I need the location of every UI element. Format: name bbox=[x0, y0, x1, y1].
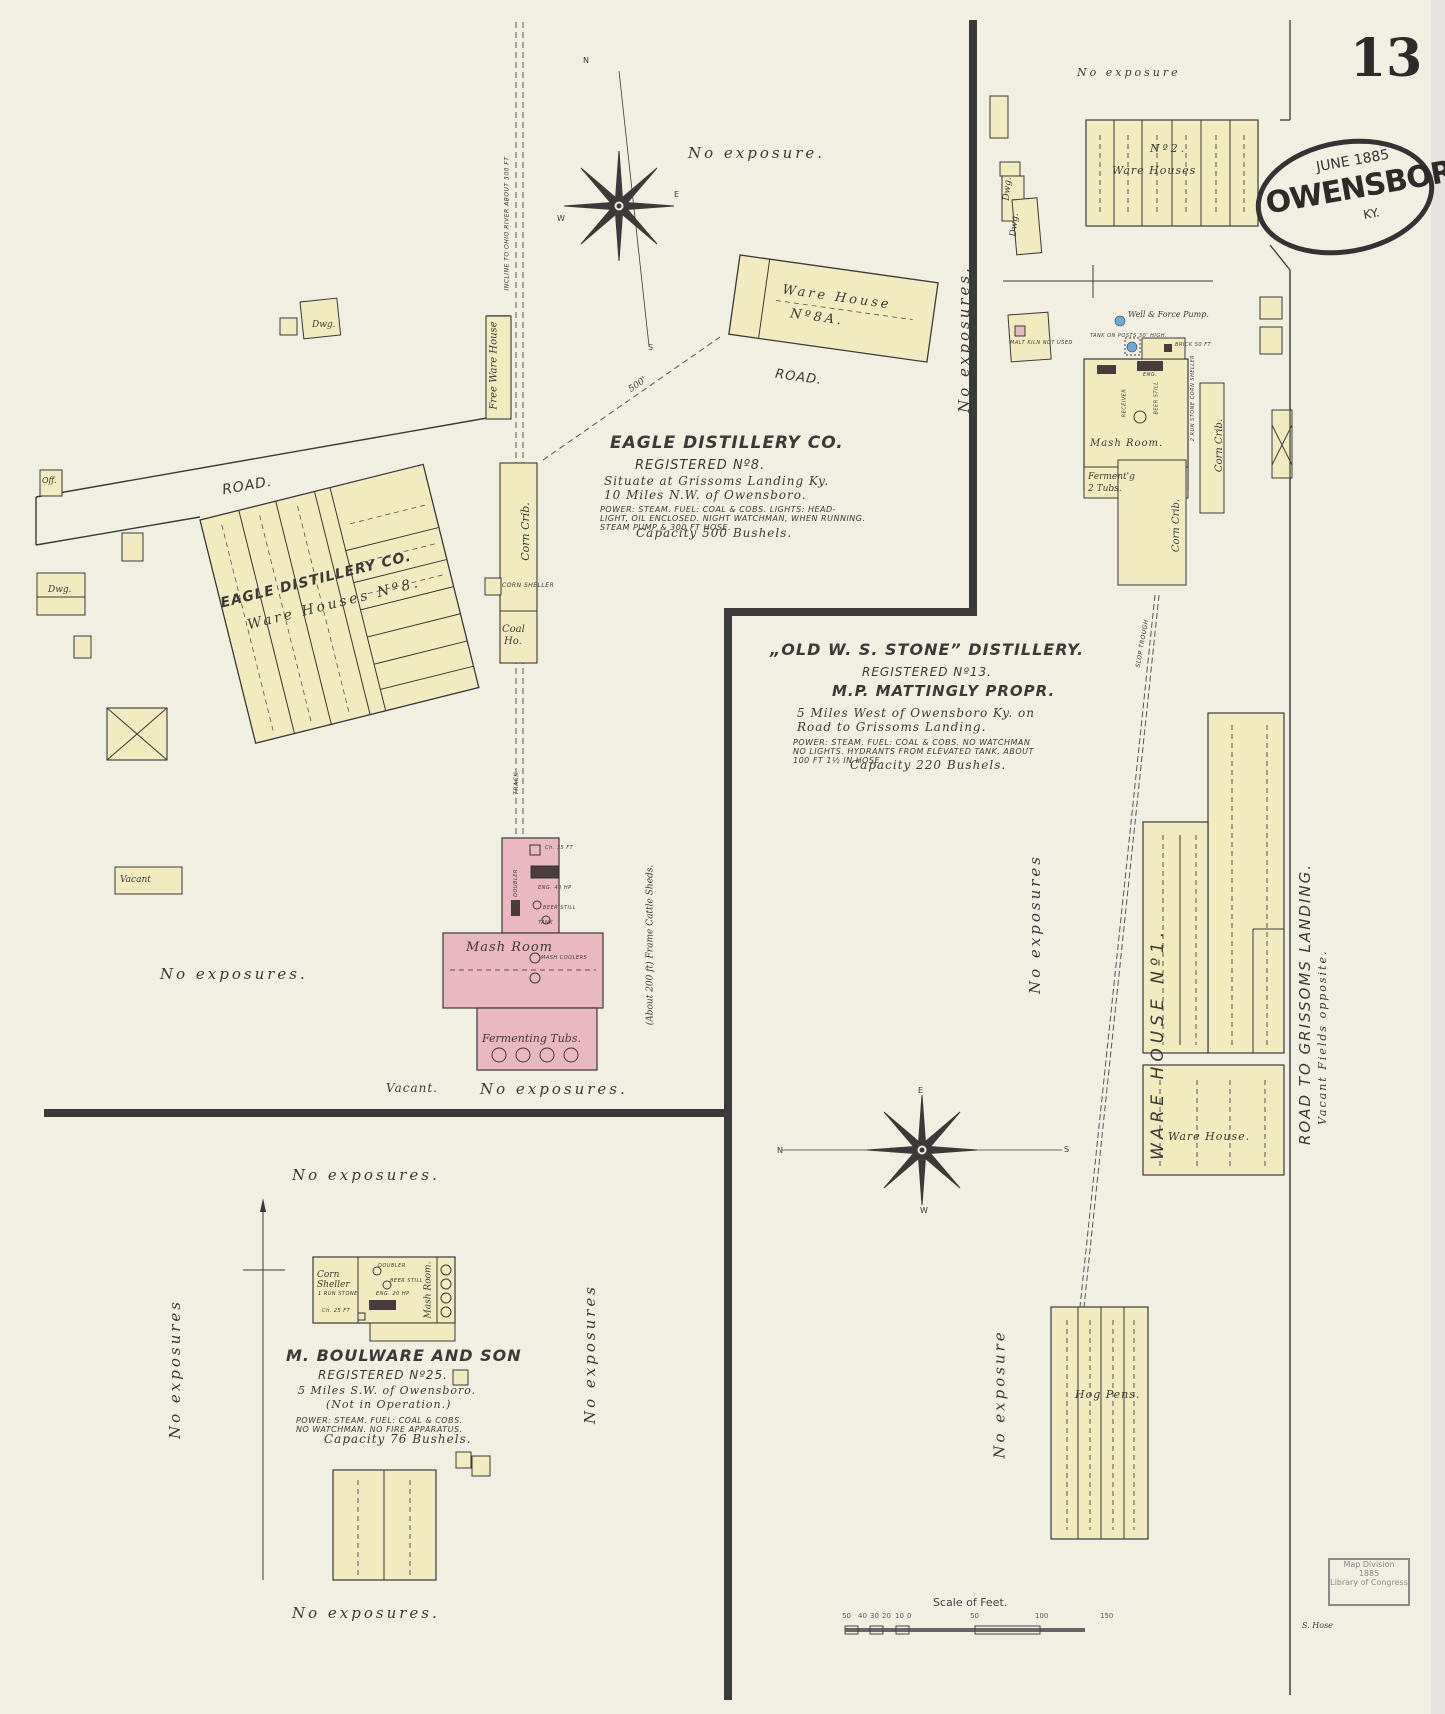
boulware-chimney: Ch. 25 FT bbox=[322, 1308, 350, 1314]
boulware-status: (Not in Operation.) bbox=[326, 1398, 451, 1411]
scale-tick: 100 bbox=[1035, 1612, 1048, 1620]
track-label: TRACK bbox=[513, 772, 520, 795]
scale-tick: 10 bbox=[895, 1612, 904, 1620]
malt-kiln-label: MALT KILN NOT USED bbox=[1010, 340, 1073, 346]
stone-dwelling-1: Dwg. bbox=[1009, 213, 1021, 237]
stone-receiver: RECEIVER bbox=[1121, 389, 1127, 418]
archive-stamp-line3: Library of Congress bbox=[1330, 1578, 1408, 1587]
scale-tick: 20 bbox=[882, 1612, 891, 1620]
boulware-beer-still: BEER STILL bbox=[390, 1278, 423, 1284]
stone-power-1: POWER: STEAM. FUEL: COAL & COBS. NO WATC… bbox=[793, 738, 1030, 747]
eagle-power-2: LIGHT, OIL ENCLOSED. NIGHT WATCHMAN, WHE… bbox=[600, 514, 866, 523]
stone-sheller: 2 RUN STONE CORN SHELLER bbox=[1190, 355, 1196, 441]
eagle-tank: TANK bbox=[538, 920, 553, 926]
eagle-engine: ENG. 40 HP bbox=[538, 885, 572, 891]
eagle-chimney: Ch. 35 FT bbox=[545, 845, 573, 851]
road-grissoms-label: ROAD TO GRISSOMS LANDING. bbox=[1296, 863, 1314, 1145]
stone-dwelling-2: Dwg. bbox=[1002, 177, 1014, 201]
boulware-location: 5 Miles S.W. of Owensboro. bbox=[298, 1384, 476, 1397]
boulware-engine: ENG. 20 HP bbox=[376, 1291, 410, 1297]
hog-pens-label: Hog Pens. bbox=[1075, 1388, 1140, 1401]
eagle-location-1: Situate at Grissoms Landing Ky. bbox=[604, 474, 829, 488]
note-vacant-box: Vacant bbox=[120, 875, 151, 885]
stone-power-2: NO LIGHTS. HYDRANTS FROM ELEVATED TANK. … bbox=[793, 747, 1034, 756]
corn-crib-label: Corn Crib. bbox=[519, 502, 532, 561]
surveyor-signature: S. Hose bbox=[1302, 1621, 1333, 1630]
stone-engine: ENG. bbox=[1143, 372, 1157, 378]
eagle-registered: REGISTERED Nº8. bbox=[635, 458, 765, 473]
note-no-exposures-stone: No exposures bbox=[1026, 854, 1044, 994]
archive-stamp-line2: 1885 bbox=[1330, 1569, 1408, 1578]
compass-top-e: E bbox=[674, 190, 680, 199]
note-dwg-top: Dwg. bbox=[312, 320, 336, 330]
note-no-exposure-eagle: No exposure. bbox=[688, 144, 825, 162]
library-of-congress-stamp: Map Division 1885 Library of Congress bbox=[1328, 1558, 1410, 1606]
stone-warehouses-label: Ware Houses bbox=[1112, 164, 1196, 177]
note-no-exposures-divider: No exposures. bbox=[955, 265, 973, 413]
tank-on-posts: TANK ON POSTS 30' HIGH. bbox=[1090, 333, 1167, 339]
stone-mash-room: Mash Room. bbox=[1090, 438, 1163, 449]
cattle-sheds-note: (About 200 ft) Frame Cattle Sheds. bbox=[645, 865, 655, 1026]
eagle-fermenting-tubs: Fermenting Tubs. bbox=[482, 1032, 581, 1045]
stone-chimney: BRICK 50 FT bbox=[1175, 342, 1211, 348]
stone-location-1: 5 Miles West of Owensboro Ky. on bbox=[797, 706, 1035, 720]
stone-registered: REGISTERED Nº13. bbox=[862, 665, 992, 679]
note-vacant: Vacant. bbox=[386, 1081, 438, 1095]
boulware-stone: 1 RUN STONE bbox=[318, 1291, 358, 1297]
note-office: Off. bbox=[42, 476, 57, 485]
coal-house-line1: Coal bbox=[502, 624, 525, 635]
eagle-mash-room: Mash Room bbox=[466, 940, 553, 955]
scale-tick: 30 bbox=[870, 1612, 879, 1620]
compass-bottom-s: S bbox=[1064, 1145, 1070, 1154]
scale-tick: 0 bbox=[907, 1612, 911, 1620]
stone-proprietor: M.P. MATTINGLY PROPR. bbox=[832, 682, 1055, 700]
hog-pens bbox=[1051, 1307, 1148, 1539]
boulware-capacity: Capacity 76 Bushels. bbox=[324, 1432, 472, 1446]
compass-bottom-e: E bbox=[918, 1086, 924, 1095]
stone-distillery-title: „OLD W. S. STONE” DISTILLERY. bbox=[770, 640, 1084, 659]
warehouse-no1-label: WARE HOUSE Nº1. bbox=[1148, 927, 1168, 1160]
note-no-exposure-top: No exposure bbox=[1077, 66, 1181, 79]
compass-bottom bbox=[782, 1095, 1062, 1205]
stone-distillery-building bbox=[1084, 316, 1224, 585]
note-no-exposures-boulware-bottom: No exposures. bbox=[292, 1604, 440, 1622]
stone-corn-crib-b: Corn Crib. bbox=[1214, 419, 1225, 472]
compass-top-w: W bbox=[557, 214, 565, 223]
boulware-corn-sheller: Corn Sheller bbox=[317, 1270, 359, 1290]
map-linework bbox=[0, 0, 1445, 1714]
note-no-exposures-boulware-left: No exposures bbox=[166, 1299, 184, 1439]
scale-bar bbox=[845, 1626, 1085, 1634]
compass-top bbox=[564, 71, 674, 346]
compass-top-s: S bbox=[648, 343, 654, 352]
compass-top-n: N bbox=[583, 56, 589, 65]
vacant-fields-label: Vacant Fields opposite. bbox=[1316, 950, 1329, 1126]
boulware-title: M. BOULWARE AND SON bbox=[286, 1346, 522, 1365]
mash-coolers: MASH COOLERS bbox=[541, 955, 587, 961]
boulware-mash-room: Mash Room. bbox=[423, 1262, 433, 1319]
stone-warehouses-no2: Nº2. bbox=[1150, 142, 1187, 155]
stone-location-2: Road to Grissoms Landing. bbox=[797, 720, 986, 734]
note-no-exposures-boulware-top: No exposures. bbox=[292, 1166, 440, 1184]
page-number: 13 bbox=[1350, 28, 1422, 89]
eagle-capacity: Capacity 500 Bushels. bbox=[636, 526, 792, 540]
note-no-exposures-left: No exposures. bbox=[160, 965, 308, 983]
stone-beer-still: BEER STILL bbox=[1154, 381, 1160, 414]
eagle-doubler: DOUBLER bbox=[513, 869, 519, 897]
scale-tick: 150 bbox=[1100, 1612, 1113, 1620]
stone-fermenting-1: Ferment'g bbox=[1088, 472, 1135, 482]
compass-bottom-w: W bbox=[920, 1206, 928, 1215]
scale-tick: 50 bbox=[970, 1612, 979, 1620]
incline-label: INCLINE TO OHIO RIVER ABOUT 300 FT bbox=[503, 157, 510, 291]
coal-house-line2: Ho. bbox=[504, 636, 522, 647]
note-dwg-left: Dwg. bbox=[48, 585, 72, 595]
stone-warehouse-label: Ware House. bbox=[1168, 1130, 1250, 1143]
shed-x bbox=[107, 708, 167, 760]
stone-corn-crib-a: Corn Crib. bbox=[1171, 499, 1182, 552]
boulware-registered: REGISTERED Nº25. bbox=[318, 1368, 448, 1382]
paper-edge bbox=[1431, 0, 1445, 1714]
stone-fermenting-2: 2 Tubs. bbox=[1088, 484, 1122, 494]
eagle-location-2: 10 Miles N.W. of Owensboro. bbox=[604, 488, 807, 502]
free-warehouse-label: Free Ware House bbox=[489, 321, 500, 409]
note-no-exposures-bottom: No exposures. bbox=[480, 1080, 628, 1098]
eagle-distillery-title: EAGLE DISTILLERY CO. bbox=[610, 433, 844, 453]
boulware-power-1: POWER: STEAM. FUEL: COAL & COBS. bbox=[296, 1416, 463, 1425]
scale-title: Scale of Feet. bbox=[933, 1596, 1007, 1609]
boulware-doubler: DOUBLER bbox=[378, 1263, 406, 1269]
corn-sheller-label: CORN SHELLER bbox=[502, 582, 554, 589]
stone-capacity: Capacity 220 Bushels. bbox=[850, 758, 1006, 772]
well-label: Well & Force Pump. bbox=[1128, 310, 1209, 319]
scale-tick: 40 bbox=[858, 1612, 867, 1620]
eagle-beer-still: BEER STILL bbox=[543, 905, 576, 911]
stamp-state: KY. bbox=[1362, 205, 1380, 222]
note-no-exposure-hogpens: No exposure bbox=[991, 1329, 1009, 1458]
map-sheet: 13 JUNE 1885 OWENSBORO KY. EAGLE DISTILL… bbox=[0, 0, 1445, 1714]
eagle-power-1: POWER: STEAM. FUEL: COAL & COBS. LIGHTS:… bbox=[600, 505, 836, 514]
eagle-warehouse-8a bbox=[729, 255, 938, 362]
note-no-exposures-boulware-right: No exposures bbox=[581, 1284, 599, 1424]
compass-bottom-n: N bbox=[777, 1146, 783, 1155]
scale-tick: 50 bbox=[842, 1612, 851, 1620]
archive-stamp-line1: Map Division bbox=[1330, 1560, 1408, 1569]
